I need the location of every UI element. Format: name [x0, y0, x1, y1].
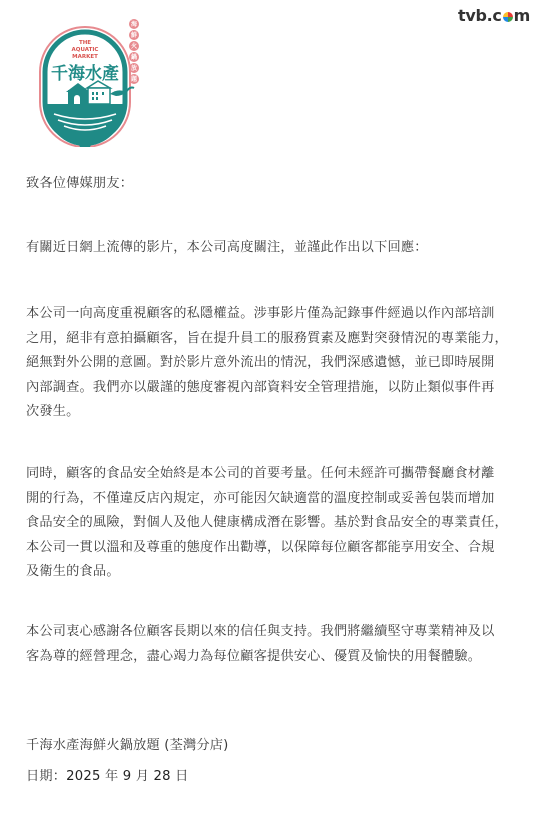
svg-text:海: 海 [131, 20, 138, 28]
paragraph-food-safety: 同時，顧客的食品安全始終是本公司的首要考量。任何未經許可攜帶餐廳食材離 開的行為… [26, 462, 508, 585]
aquatic-market-logo-icon: THE AQUATIC MARKET 千海水產 海 鮮 火 鍋 放 [30, 12, 150, 147]
date-line: 日期：2025 年 9 月 28 日 [26, 765, 188, 790]
tvb-rainbow-o-icon [503, 12, 513, 22]
svg-text:火: 火 [131, 42, 137, 50]
date-month-unit: 月 [131, 769, 153, 784]
signature: 千海水產海鮮火鍋放題 (荃灣分店) [26, 734, 229, 759]
date-year-unit: 年 [101, 769, 123, 784]
svg-text:放: 放 [131, 64, 137, 72]
paragraph-thanks: 本公司衷心感謝各位顧客長期以來的信任與支持。我們將繼續堅守專業精神及以 客為尊的… [26, 620, 495, 669]
date-day-unit: 日 [171, 769, 189, 784]
tvb-c: c [492, 6, 501, 25]
svg-text:千海水產: 千海水產 [51, 63, 119, 84]
salutation: 致各位傳媒朋友： [26, 172, 133, 197]
svg-text:題: 題 [131, 75, 138, 83]
logo-en-line1: THE [79, 40, 91, 46]
tvb-suffix: m [514, 6, 530, 25]
svg-text:鮮: 鮮 [131, 31, 137, 39]
date-year: 2025 [66, 769, 100, 784]
svg-text:鍋: 鍋 [131, 53, 137, 61]
aquatic-market-logo: THE AQUATIC MARKET 千海水產 海 鮮 火 鍋 放 [30, 12, 150, 147]
tvb-watermark: tvb.cm [458, 6, 530, 25]
svg-text:AQUATIC: AQUATIC [72, 47, 99, 53]
date-day: 28 [153, 769, 170, 784]
tvb-prefix: tvb [458, 6, 487, 25]
intro-statement: 有關近日網上流傳的影片，本公司高度關注，並謹此作出以下回應： [26, 236, 428, 261]
date-label: 日期： [26, 769, 66, 784]
paragraph-privacy: 本公司一向高度重視顧客的私隱權益。涉事影片僅為記錄事件經過以作內部培訓 之用，絕… [26, 302, 508, 425]
svg-text:MARKET: MARKET [72, 54, 98, 60]
